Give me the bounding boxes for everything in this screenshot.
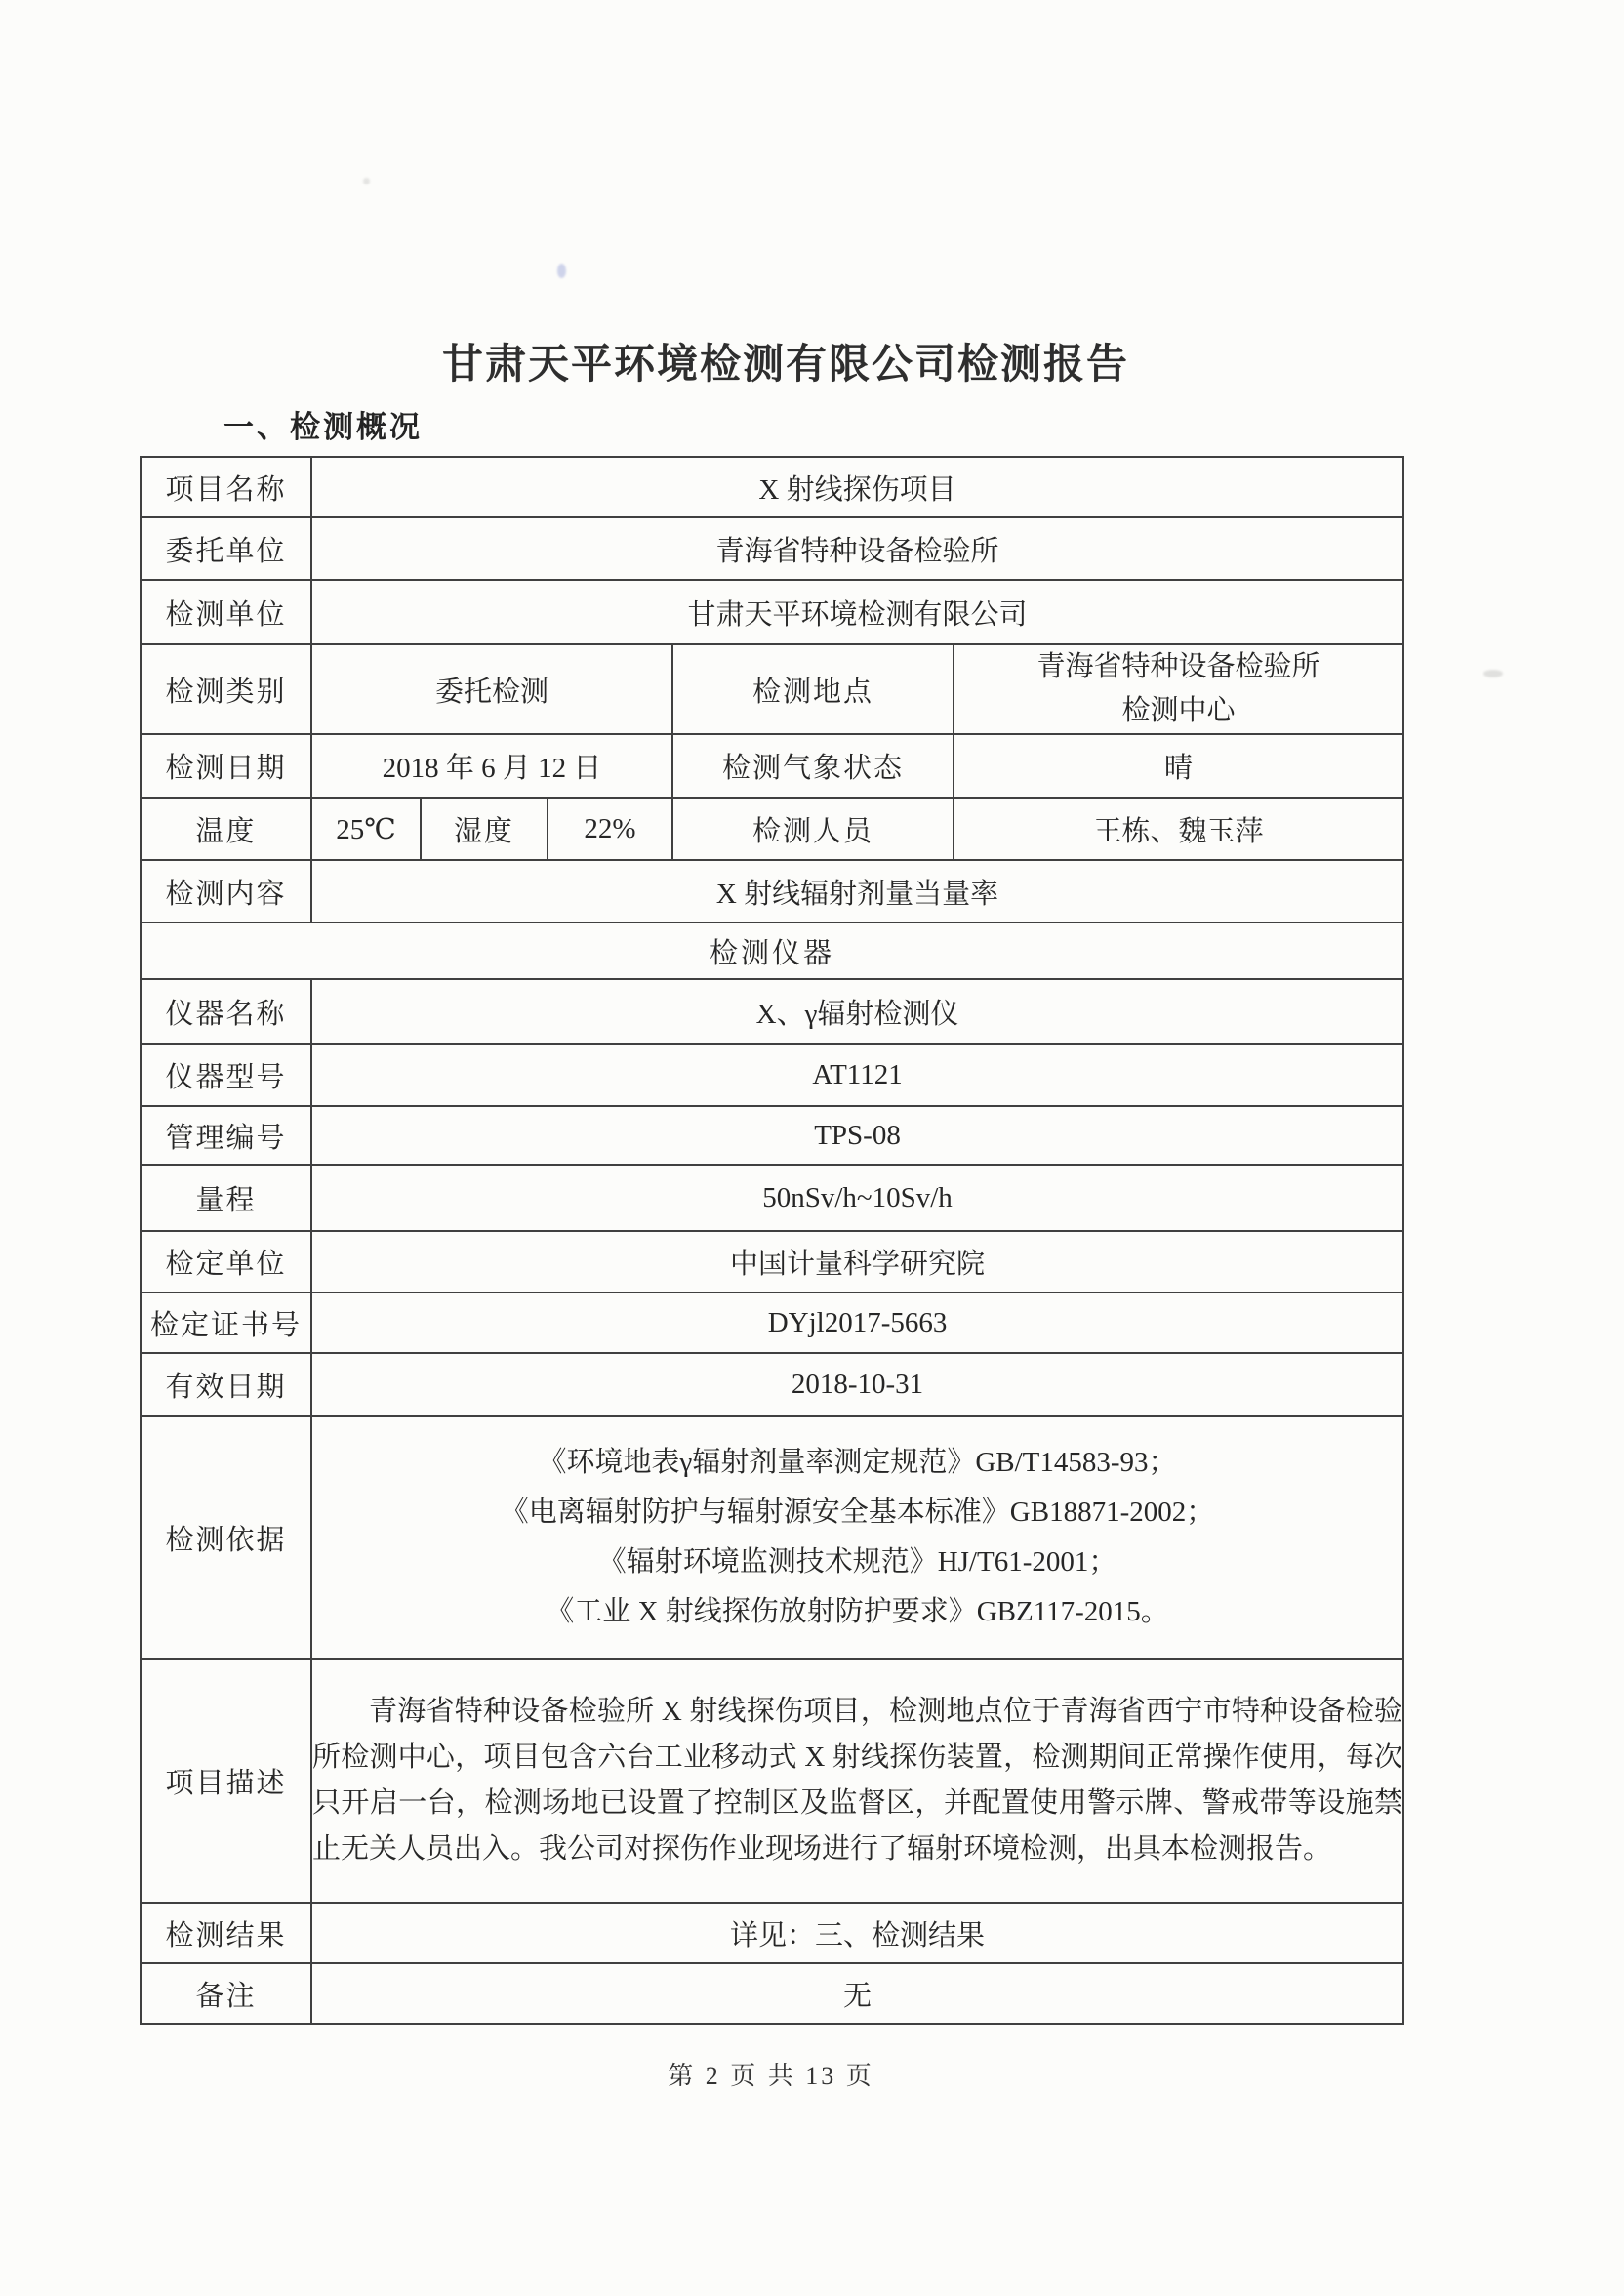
value-weather: 晴 bbox=[954, 734, 1403, 798]
value-humidity: 22% bbox=[548, 798, 672, 860]
scan-artifact bbox=[557, 264, 566, 278]
project-desc-text: 青海省特种设备检验所 X 射线探伤项目，检测地点位于青海省西宁市特种设备检验所检… bbox=[312, 1689, 1402, 1872]
value-test-date: 2018 年 6 月 12 日 bbox=[311, 734, 672, 798]
value-test-basis: 《环境地表γ辐射剂量率测定规范》GB/T14583-93； 《电离辐射防护与辐射… bbox=[311, 1416, 1403, 1659]
table-row: 有效日期 2018-10-31 bbox=[141, 1353, 1403, 1416]
test-basis-line: 《环境地表γ辐射剂量率测定规范》GB/T14583-93； bbox=[312, 1438, 1402, 1488]
value-range: 50nSv/h~10Sv/h bbox=[311, 1165, 1403, 1231]
label-instrument-model: 仪器型号 bbox=[141, 1044, 311, 1106]
test-location-line1: 青海省特种设备检验所 bbox=[954, 645, 1402, 689]
scan-artifact bbox=[1483, 670, 1503, 677]
label-humidity: 湿度 bbox=[421, 798, 548, 860]
value-personnel: 王栋、魏玉萍 bbox=[954, 798, 1403, 860]
label-test-unit: 检测单位 bbox=[141, 580, 311, 644]
label-remark: 备注 bbox=[141, 1963, 311, 2024]
value-remark: 无 bbox=[311, 1963, 1403, 2024]
label-calibration-unit: 检定单位 bbox=[141, 1231, 311, 1292]
table-row: 检测结果 详见：三、检测结果 bbox=[141, 1903, 1403, 1963]
label-test-content: 检测内容 bbox=[141, 860, 311, 922]
section-heading-overview: 一、检测概况 bbox=[223, 402, 423, 446]
value-test-unit: 甘肃天平环境检测有限公司 bbox=[311, 580, 1403, 644]
table-row: 检测内容 X 射线辐射剂量当量率 bbox=[141, 860, 1403, 922]
report-title: 甘肃天平环境检测有限公司检测报告 bbox=[137, 332, 1435, 390]
value-client-unit: 青海省特种设备检验所 bbox=[311, 517, 1403, 580]
value-test-content: X 射线辐射剂量当量率 bbox=[311, 860, 1403, 922]
test-basis-line: 《工业 X 射线探伤放射防护要求》GBZ117-2015。 bbox=[312, 1587, 1402, 1637]
label-valid-until: 有效日期 bbox=[141, 1353, 311, 1416]
instrument-section-header: 检测仪器 bbox=[141, 922, 1403, 979]
label-range: 量程 bbox=[141, 1165, 311, 1231]
table-row: 检测日期 2018 年 6 月 12 日 检测气象状态 晴 bbox=[141, 734, 1403, 798]
value-calibration-cert: DYjl2017-5663 bbox=[311, 1292, 1403, 1353]
label-test-basis: 检测依据 bbox=[141, 1416, 311, 1659]
label-weather: 检测气象状态 bbox=[672, 734, 954, 798]
page-number-footer: 第 2 页 共 13 页 bbox=[140, 2056, 1402, 2092]
scan-artifact bbox=[363, 178, 370, 184]
table-row: 管理编号 TPS-08 bbox=[141, 1106, 1403, 1165]
scanned-report-page: 甘肃天平环境检测有限公司检测报告 一、检测概况 项目名称 X 射线探伤项目 委托… bbox=[0, 0, 1624, 2296]
value-temperature: 25℃ bbox=[311, 798, 421, 860]
test-basis-line: 《电离辐射防护与辐射源安全基本标准》GB18871-2002； bbox=[312, 1488, 1402, 1537]
value-project-desc: 青海省特种设备检验所 X 射线探伤项目，检测地点位于青海省西宁市特种设备检验所检… bbox=[311, 1659, 1403, 1903]
value-project-name: X 射线探伤项目 bbox=[311, 457, 1403, 517]
table-row: 量程 50nSv/h~10Sv/h bbox=[141, 1165, 1403, 1231]
table-row: 检测单位 甘肃天平环境检测有限公司 bbox=[141, 580, 1403, 644]
label-test-result: 检测结果 bbox=[141, 1903, 311, 1963]
label-test-location: 检测地点 bbox=[672, 644, 954, 734]
value-calibration-unit: 中国计量科学研究院 bbox=[311, 1231, 1403, 1292]
test-location-line2: 检测中心 bbox=[954, 689, 1402, 733]
test-basis-line: 《辐射环境监测技术规范》HJ/T61-2001； bbox=[312, 1537, 1402, 1587]
label-project-name: 项目名称 bbox=[141, 457, 311, 517]
overview-table: 项目名称 X 射线探伤项目 委托单位 青海省特种设备检验所 检测单位 甘肃天平环… bbox=[140, 456, 1404, 2025]
table-row: 项目描述 青海省特种设备检验所 X 射线探伤项目，检测地点位于青海省西宁市特种设… bbox=[141, 1659, 1403, 1903]
label-project-desc: 项目描述 bbox=[141, 1659, 311, 1903]
value-instrument-name: X、γ辐射检测仪 bbox=[311, 979, 1403, 1044]
table-row: 检定证书号 DYjl2017-5663 bbox=[141, 1292, 1403, 1353]
table-row: 温度 25℃ 湿度 22% 检测人员 王栋、魏玉萍 bbox=[141, 798, 1403, 860]
value-management-no: TPS-08 bbox=[311, 1106, 1403, 1165]
label-management-no: 管理编号 bbox=[141, 1106, 311, 1165]
table-row: 项目名称 X 射线探伤项目 bbox=[141, 457, 1403, 517]
table-row: 检定单位 中国计量科学研究院 bbox=[141, 1231, 1403, 1292]
value-valid-until: 2018-10-31 bbox=[311, 1353, 1403, 1416]
value-test-result: 详见：三、检测结果 bbox=[311, 1903, 1403, 1963]
value-test-type: 委托检测 bbox=[311, 644, 672, 734]
label-client-unit: 委托单位 bbox=[141, 517, 311, 580]
label-test-date: 检测日期 bbox=[141, 734, 311, 798]
value-test-location: 青海省特种设备检验所 检测中心 bbox=[954, 644, 1403, 734]
value-instrument-model: AT1121 bbox=[311, 1044, 1403, 1106]
label-personnel: 检测人员 bbox=[672, 798, 954, 860]
label-calibration-cert: 检定证书号 bbox=[141, 1292, 311, 1353]
table-row: 检测仪器 bbox=[141, 922, 1403, 979]
label-test-type: 检测类别 bbox=[141, 644, 311, 734]
table-row: 仪器名称 X、γ辐射检测仪 bbox=[141, 979, 1403, 1044]
label-instrument-name: 仪器名称 bbox=[141, 979, 311, 1044]
table-row: 检测类别 委托检测 检测地点 青海省特种设备检验所 检测中心 bbox=[141, 644, 1403, 734]
table-row: 委托单位 青海省特种设备检验所 bbox=[141, 517, 1403, 580]
label-temperature: 温度 bbox=[141, 798, 311, 860]
table-row: 仪器型号 AT1121 bbox=[141, 1044, 1403, 1106]
table-row: 检测依据 《环境地表γ辐射剂量率测定规范》GB/T14583-93； 《电离辐射… bbox=[141, 1416, 1403, 1659]
table-row: 备注 无 bbox=[141, 1963, 1403, 2024]
